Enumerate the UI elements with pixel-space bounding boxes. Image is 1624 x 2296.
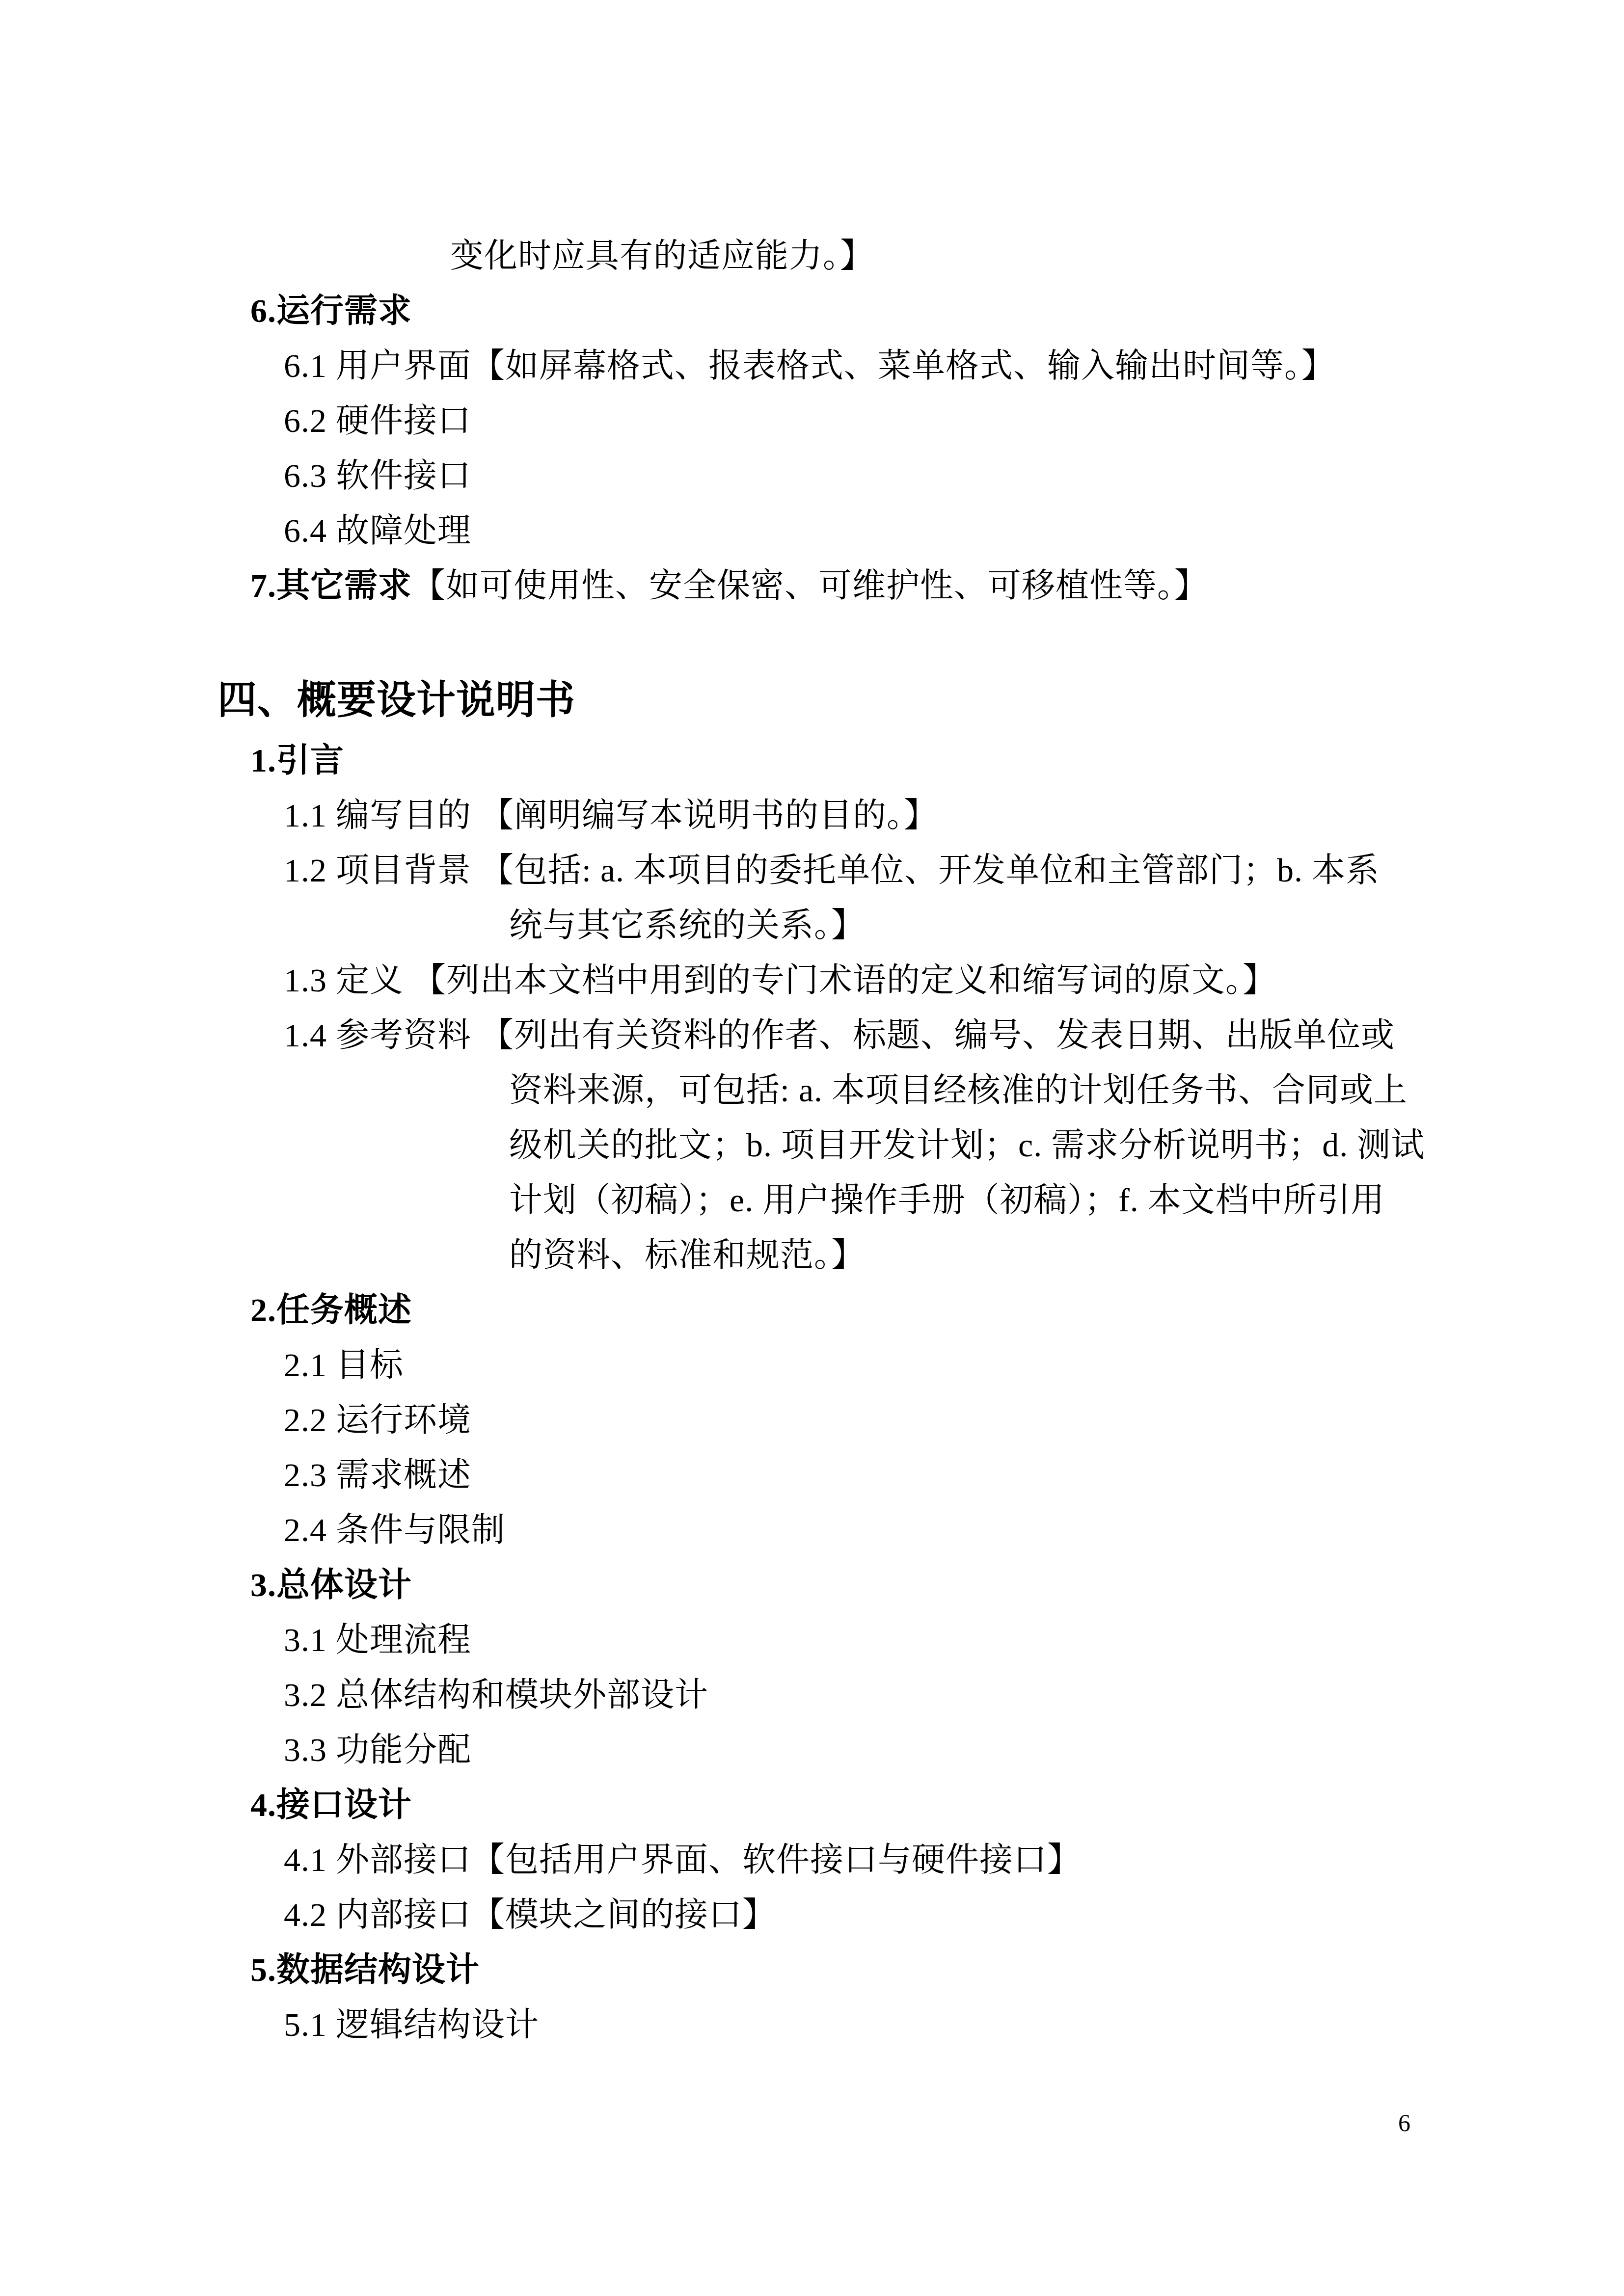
document-line: 4.接口设计 [250,1777,1624,1832]
line-text: 5.1 逻辑结构设计 [284,2006,539,2043]
document-line: 1.1 编写目的 【阐明编写本说明书的目的。】 [284,788,1624,843]
document-line: 2.任务概述 [250,1282,1624,1337]
document-line: 4.2 内部接口【模块之间的接口】 [284,1887,1624,1942]
line-text: 4.1 外部接口【包括用户界面、软件接口与硬件接口】 [284,1841,1081,1878]
line-text: 的资料、标准和规范。】 [509,1236,865,1274]
document-lines: 变化时应具有的适应能力。】6.运行需求6.1 用户界面【如屏幕格式、报表格式、菜… [0,228,1624,2052]
line-text-bold: 7.其它需求 [250,567,412,604]
line-text-bold: 4.接口设计 [250,1786,412,1823]
document-line: 1.2 项目背景 【包括: a. 本项目的委托单位、开发单位和主管部门；b. 本… [284,843,1624,898]
document-line: 的资料、标准和规范。】 [509,1228,1624,1282]
line-text: 6.4 故障处理 [284,512,471,549]
document-line: 2.4 条件与限制 [284,1502,1624,1557]
line-text-bold: 1.引言 [250,742,344,779]
line-text-bold: 四、概要设计说明书 [217,679,575,722]
document-line: 3.3 功能分配 [284,1722,1624,1777]
line-text: 2.4 条件与限制 [284,1511,505,1548]
document-line: 3.2 总体结构和模块外部设计 [284,1667,1624,1722]
document-line: 计划（初稿）；e. 用户操作手册（初稿）；f. 本文档中所引用 [509,1173,1624,1228]
document-line: 资料来源，可包括: a. 本项目经核准的计划任务书、合同或上 [509,1063,1624,1118]
line-text: 2.3 需求概述 [284,1456,471,1494]
document-line: 2.2 运行环境 [284,1392,1624,1447]
document-line: 6.3 软件接口 [284,448,1624,503]
document-line: 6.1 用户界面【如屏幕格式、报表格式、菜单格式、输入输出时间等。】 [284,338,1624,393]
document-line: 1.3 定义 【列出本文档中用到的专门术语的定义和缩写词的原文。】 [284,953,1624,1008]
line-text: 3.3 功能分配 [284,1731,471,1768]
line-text-bold: 6.运行需求 [250,292,412,329]
document-line: 3.1 处理流程 [284,1612,1624,1667]
line-text: 3.2 总体结构和模块外部设计 [284,1676,708,1713]
document-line: 变化时应具有的适应能力。】 [450,228,1624,283]
line-text-bold: 3.总体设计 [250,1566,412,1603]
document-line: 5.1 逻辑结构设计 [284,1997,1624,2052]
document-line: 1.4 参考资料 【列出有关资料的作者、标题、编号、发表日期、出版单位或 [284,1008,1624,1063]
document-line: 1.引言 [250,733,1624,788]
document-line: 6.运行需求 [250,283,1624,338]
page-number: 6 [1398,2108,1410,2137]
document-line: 4.1 外部接口【包括用户界面、软件接口与硬件接口】 [284,1832,1624,1887]
line-text: 【如可使用性、安全保密、可维护性、可移植性等。】 [412,567,1208,604]
document-line: 级机关的批文；b. 项目开发计划；c. 需求分析说明书；d. 测试 [509,1118,1624,1173]
document-line: 5.数据结构设计 [250,1942,1624,1997]
document-page: 变化时应具有的适应能力。】6.运行需求6.1 用户界面【如屏幕格式、报表格式、菜… [0,0,1624,2296]
line-text: 统与其它系统的关系。】 [509,907,865,944]
line-text: 1.3 定义 【列出本文档中用到的专门术语的定义和缩写词的原文。】 [284,961,1276,999]
line-text: 1.4 参考资料 【列出有关资料的作者、标题、编号、发表日期、出版单位或 [284,1016,1395,1054]
document-line: 6.4 故障处理 [284,503,1624,558]
document-line: 3.总体设计 [250,1557,1624,1612]
line-text: 变化时应具有的适应能力。】 [450,237,874,274]
document-line: 2.3 需求概述 [284,1447,1624,1502]
line-text: 级机关的批文；b. 项目开发计划；c. 需求分析说明书；d. 测试 [509,1126,1425,1164]
line-text: 1.2 项目背景 【包括: a. 本项目的委托单位、开发单位和主管部门；b. 本… [284,852,1380,889]
section-heading: 四、概要设计说明书 [217,668,1624,733]
document-line: 统与其它系统的关系。】 [509,898,1624,953]
line-text: 4.2 内部接口【模块之间的接口】 [284,1896,776,1933]
line-text: 2.2 运行环境 [284,1401,471,1439]
line-text: 6.1 用户界面【如屏幕格式、报表格式、菜单格式、输入输出时间等。】 [284,347,1335,384]
line-text: 3.1 处理流程 [284,1621,471,1658]
line-text: 6.2 硬件接口 [284,402,471,439]
document-line: 7.其它需求【如可使用性、安全保密、可维护性、可移植性等。】 [250,558,1624,613]
line-text: 6.3 软件接口 [284,457,471,494]
document-line: 6.2 硬件接口 [284,393,1624,448]
line-text: 计划（初稿）；e. 用户操作手册（初稿）；f. 本文档中所引用 [509,1181,1385,1219]
line-text: 2.1 目标 [284,1346,404,1384]
line-text-bold: 5.数据结构设计 [250,1951,480,1988]
line-text: 资料来源，可包括: a. 本项目经核准的计划任务书、合同或上 [509,1071,1407,1109]
line-text: 1.1 编写目的 【阐明编写本说明书的目的。】 [284,797,938,834]
document-line: 2.1 目标 [284,1337,1624,1392]
line-text-bold: 2.任务概述 [250,1291,412,1329]
